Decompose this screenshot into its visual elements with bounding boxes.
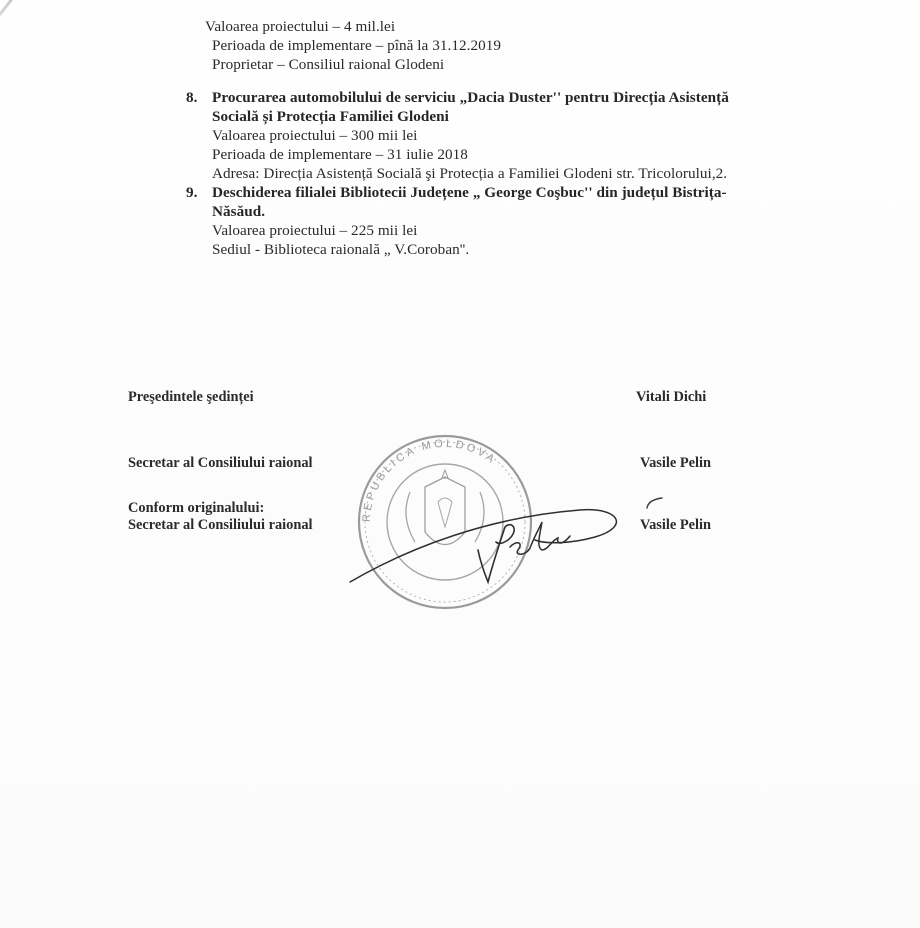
- official-stamp: REPUBLICA MOLDOVA: [330, 432, 630, 612]
- stamp-text: REPUBLICA MOLDOVA: [361, 438, 499, 523]
- item8-title-line1: Procurarea automobilului de serviciu „Da…: [212, 89, 729, 107]
- secretary-name: Vasile Pelin: [640, 455, 711, 472]
- item8-value: Valoarea proiectului – 300 mii lei: [212, 127, 417, 145]
- secretary-label: Secretar al Consiliului raional: [128, 455, 313, 472]
- item9-title-line2: Năsăud.: [212, 203, 265, 221]
- item8-period: Perioada de implementare – 31 iulie 2018: [212, 146, 468, 164]
- item7-period: Perioada de implementare – pînă la 31.12…: [212, 37, 501, 55]
- item9-seat: Sediul - Biblioteca raională „ V.Coroban…: [212, 241, 469, 259]
- item8-title-line2: Socială și Protecția Familiei Glodeni: [212, 108, 449, 126]
- chair-name: Vitali Dichi: [636, 389, 706, 406]
- chair-label: Preşedintele şedinței: [128, 389, 254, 406]
- page-corner-mark: [0, 0, 16, 27]
- certified-label: Conform originalului:: [128, 500, 264, 517]
- document-page: Valoarea proiectului – 4 mil.lei Perioad…: [0, 0, 920, 928]
- certified-secretary-label: Secretar al Consiliului raional: [128, 517, 313, 534]
- certified-secretary-name: Vasile Pelin: [640, 517, 711, 534]
- item8-address: Adresa: Direcția Asistență Socială şi Pr…: [212, 165, 727, 183]
- item9-title-line1: Deschiderea filialei Bibliotecii Județen…: [212, 184, 727, 202]
- signature-tick-mark: [644, 496, 674, 510]
- item8-number: 8.: [186, 89, 197, 107]
- item9-number: 9.: [186, 184, 197, 202]
- item7-owner: Proprietar – Consiliul raional Glodeni: [212, 56, 444, 74]
- item9-value: Valoarea proiectului – 225 mii lei: [212, 222, 417, 240]
- svg-text:REPUBLICA MOLDOVA: REPUBLICA MOLDOVA: [361, 438, 499, 523]
- item7-value: Valoarea proiectului – 4 mil.lei: [205, 18, 395, 36]
